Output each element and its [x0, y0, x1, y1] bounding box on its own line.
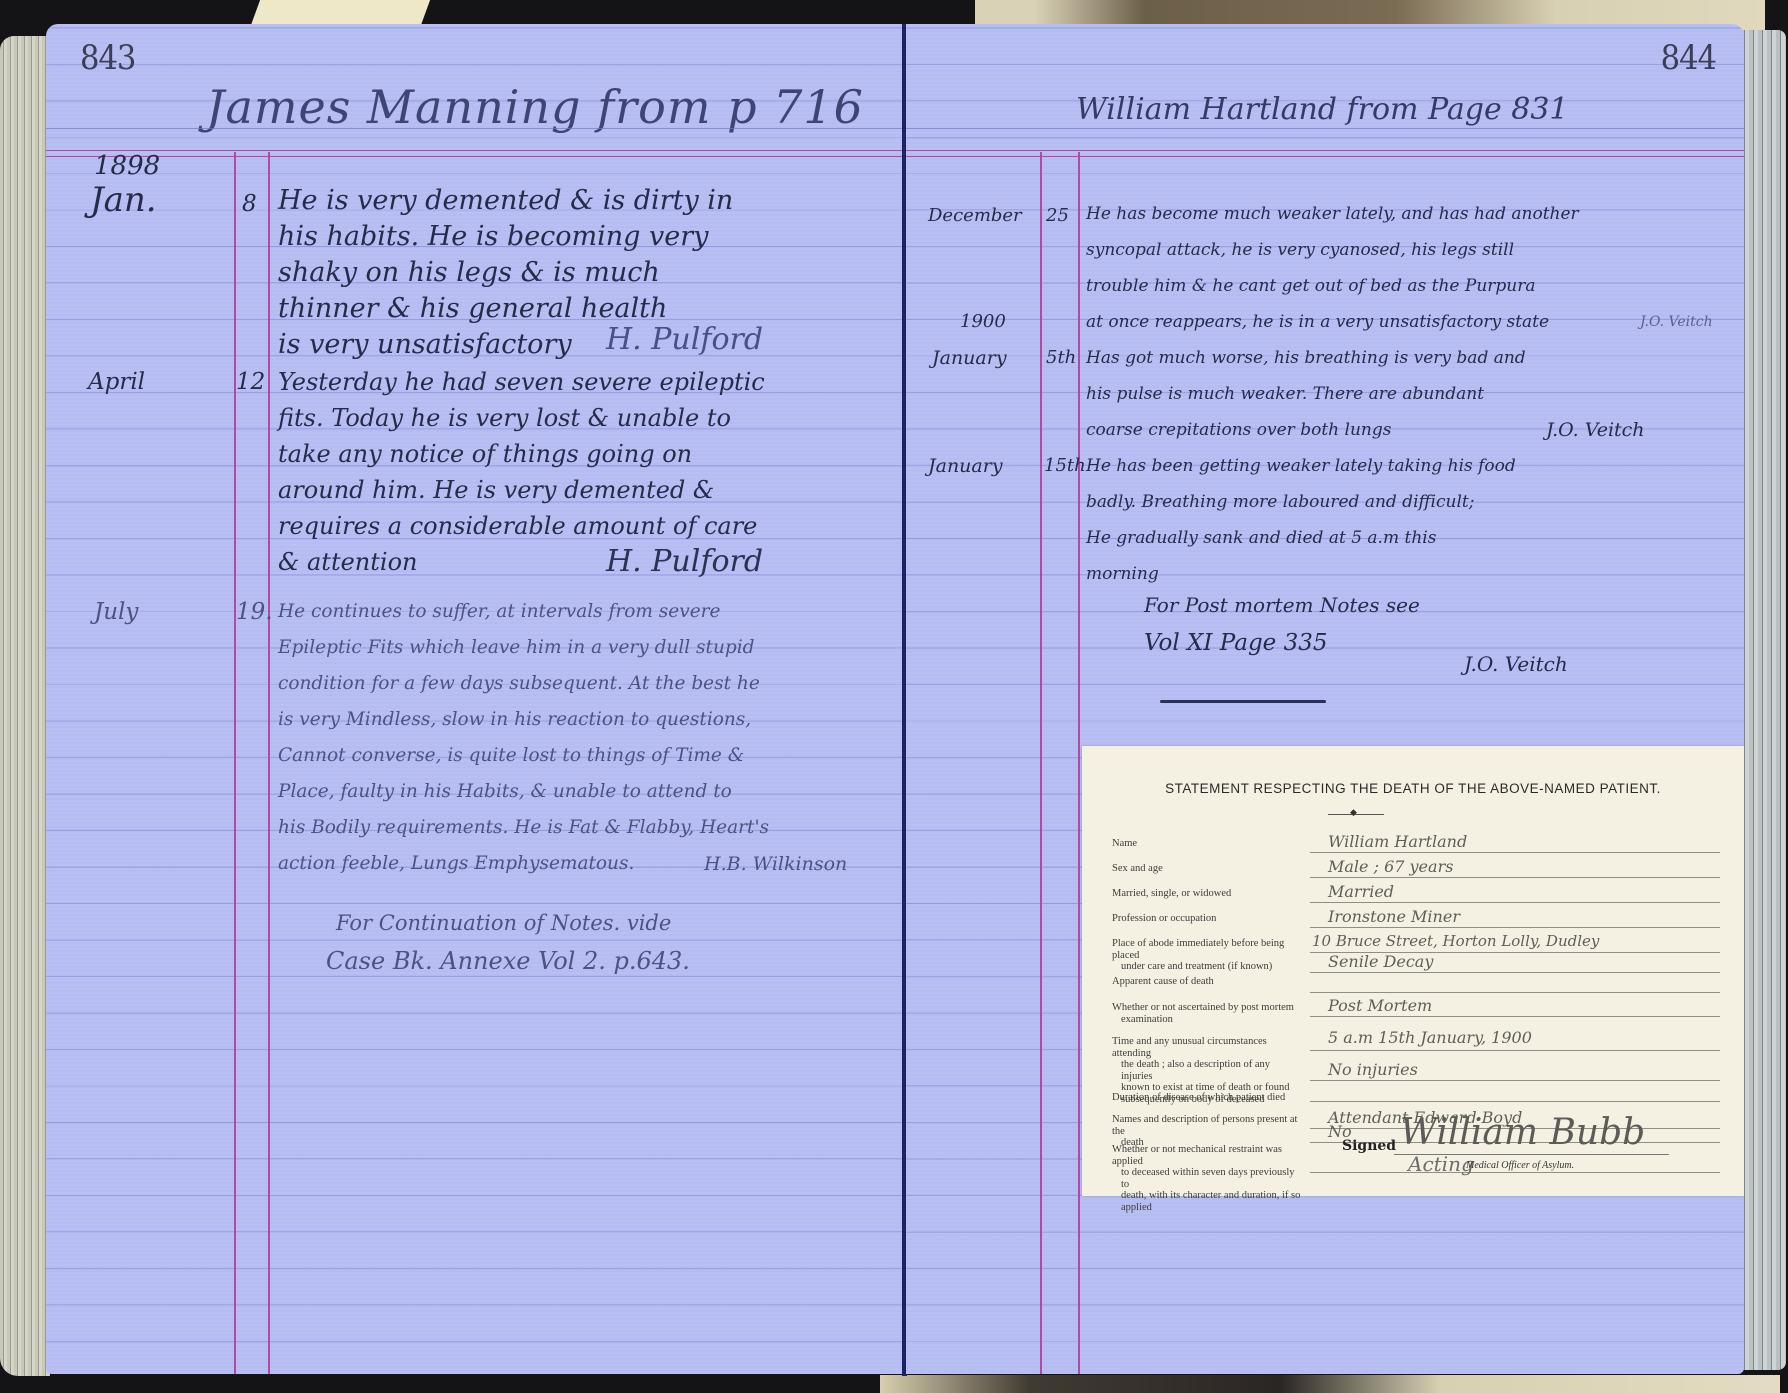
heading-rule [906, 128, 1744, 129]
entry-signature: H.B. Wilkinson [704, 846, 847, 882]
entry-day: 12 [236, 364, 265, 400]
entry-text: He continues to suffer, at intervals fro… [278, 594, 769, 882]
entry-day: 15th [1044, 448, 1086, 484]
page-stack-left [0, 36, 50, 1376]
entry-day: 19. [236, 594, 273, 630]
entry-signature: J.O. Veitch [1546, 412, 1645, 448]
right-page: 844 William Hartland from Page 831 Decem… [906, 24, 1744, 1374]
end-of-record-rule [1160, 700, 1326, 703]
date-column-rule [234, 152, 236, 1374]
field-value: Ironstone Miner [1328, 907, 1460, 926]
book-cover-cloth-bottom [880, 1375, 1780, 1393]
entry-day: 8 [242, 186, 257, 222]
entry-day: 25 [1046, 198, 1069, 234]
ornament-divider [1328, 814, 1384, 815]
entry-text: He has become much weaker lately, and ha… [1086, 196, 1579, 340]
entry-day: 5th [1046, 340, 1076, 376]
entry-month: January [928, 448, 1003, 484]
acting-prefix: Acting [1408, 1152, 1474, 1176]
header-double-rule [46, 150, 904, 157]
day-column-rule [268, 152, 270, 1374]
day-column-rule [1078, 152, 1080, 1374]
page-number: 844 [1661, 38, 1716, 78]
field-value: William Hartland [1328, 832, 1467, 851]
field-value: Male ; 67 years [1328, 857, 1453, 876]
date-column-rule [1040, 152, 1042, 1374]
entry-month: December [928, 198, 1022, 234]
heading-rule [46, 128, 904, 129]
left-page: 843 James Manning from p 716 1898 Jan. 8… [46, 24, 904, 1374]
death-statement-form: STATEMENT RESPECTING THE DEATH OF THE AB… [1082, 746, 1744, 1196]
field-value: 5 a.m 15th January, 1900 [1328, 1028, 1532, 1047]
field-value: Married [1328, 882, 1394, 901]
entry-signature: J.O. Veitch [1640, 304, 1713, 340]
form-title: STATEMENT RESPECTING THE DEATH OF THE AB… [1082, 781, 1744, 796]
entry-month: July [94, 594, 138, 630]
field-value: Post Mortem [1328, 996, 1432, 1015]
closing-signature: J.O. Veitch [1464, 646, 1568, 682]
entry-year: 1900 [960, 304, 1006, 340]
continuation-note: For Continuation of Notes. vide Case Bk.… [336, 904, 690, 980]
field-value: 10 Bruce Street, Horton Lolly, Dudley [1312, 932, 1599, 950]
page-number: 843 [80, 38, 135, 78]
patient-heading: William Hartland from Page 831 [1076, 92, 1569, 127]
post-mortem-note: For Post mortem Notes see Vol XI Page 33… [1144, 586, 1420, 662]
entry-month: April [88, 364, 145, 400]
field-value: Senile Decay [1328, 952, 1433, 971]
entry-signature: H. Pulford [606, 322, 763, 358]
entry-month: January [932, 340, 1007, 376]
header-double-rule [906, 150, 1744, 157]
field-value-injuries: No injuries [1328, 1060, 1418, 1079]
page-stack-right [1740, 30, 1786, 1370]
officer-signature: William Bubb [1400, 1112, 1645, 1153]
entry-year: 1898 [94, 148, 160, 184]
entry-text: Has got much worse, his breathing is ver… [1086, 340, 1526, 448]
signed-label: Signed [1342, 1138, 1396, 1154]
officer-title: Medical Officer of Asylum. [1466, 1160, 1574, 1171]
entry-signature: H. Pulford [606, 544, 763, 580]
entry-month: Jan. [90, 182, 157, 218]
entry-text: He has been getting weaker lately taking… [1086, 448, 1516, 592]
patient-heading: James Manning from p 716 [206, 80, 864, 134]
